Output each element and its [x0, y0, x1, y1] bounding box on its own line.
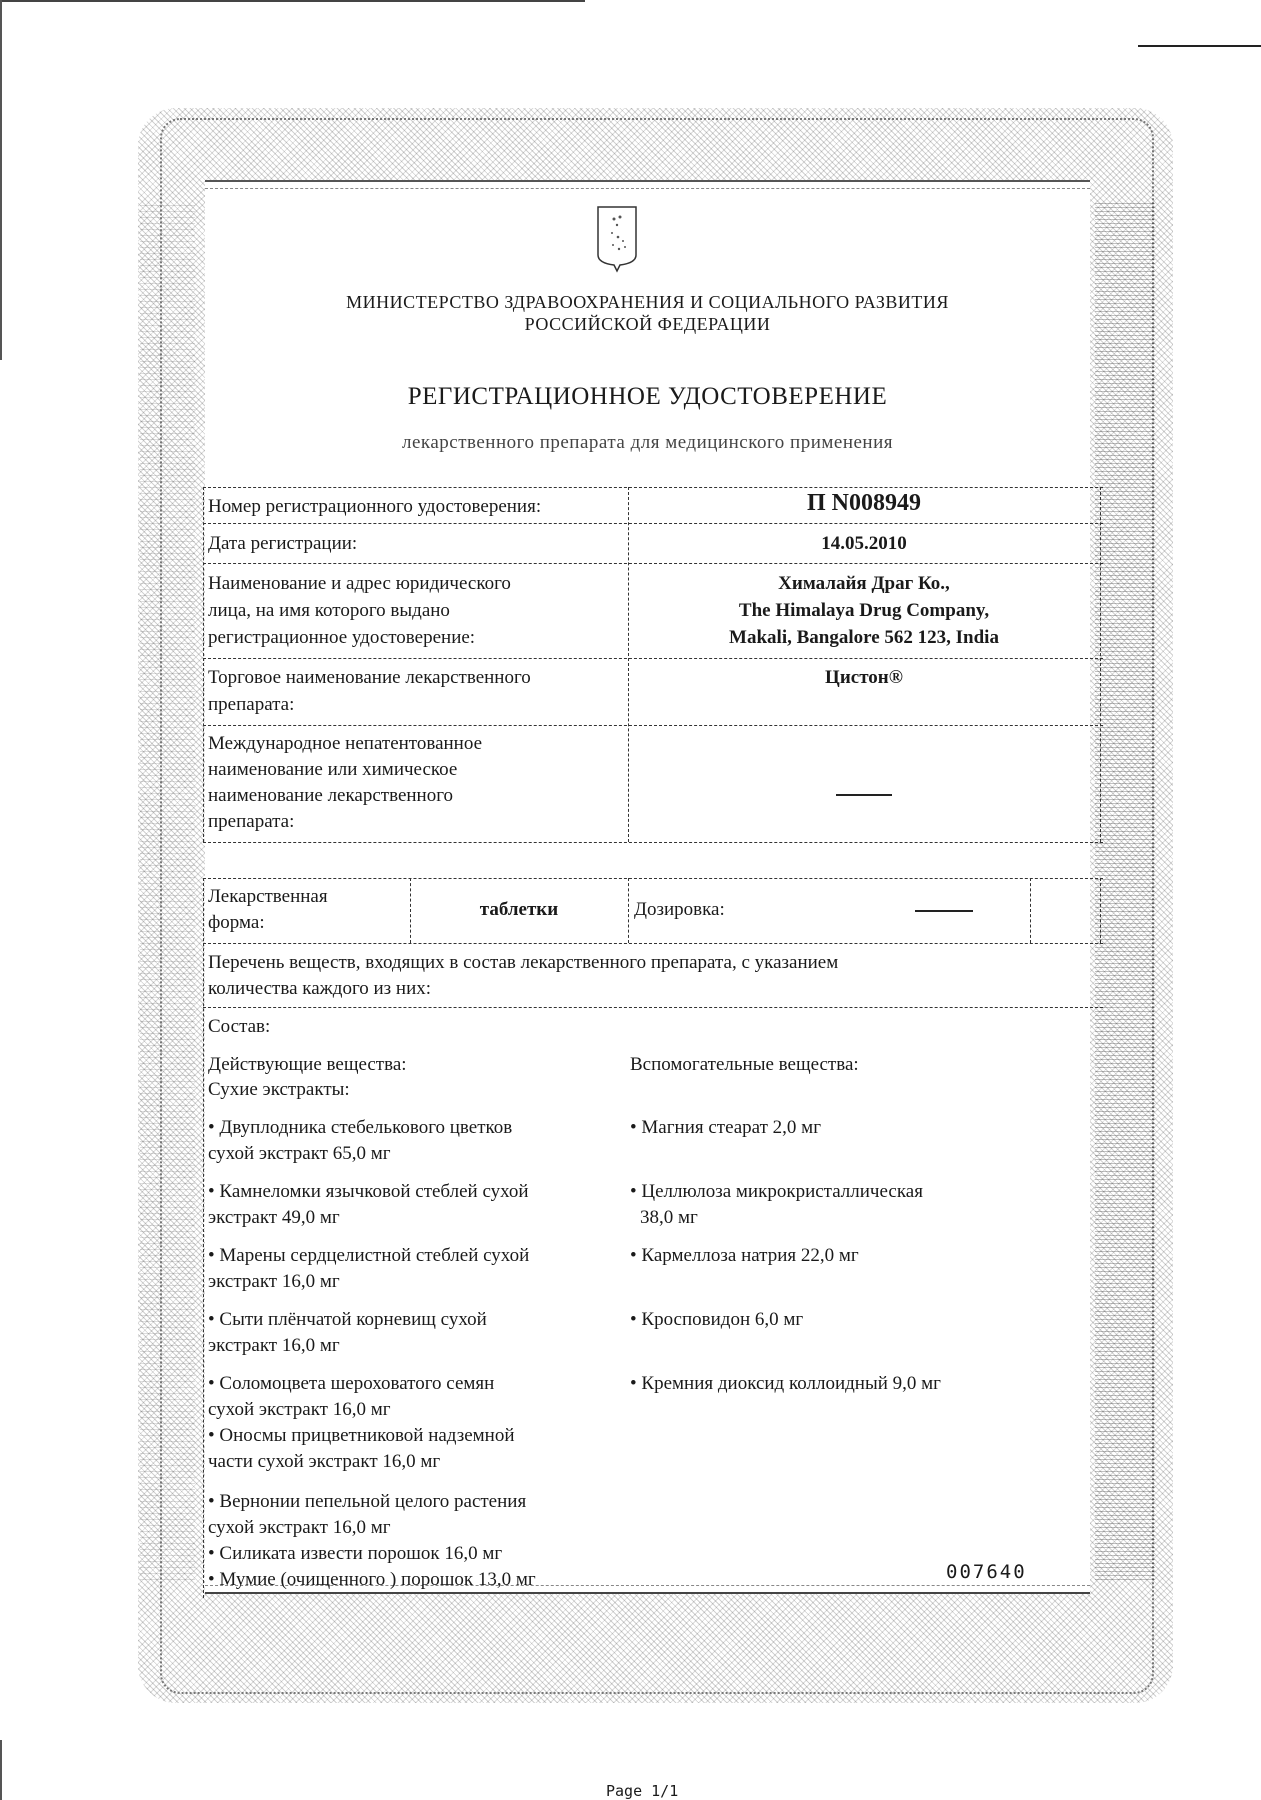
reg-date-label: Дата регистрации: [208, 531, 357, 557]
serial-number: 007640 [946, 1561, 1027, 1583]
active-item-cont: экстракт 16,0 мг [208, 1333, 340, 1359]
dry-extracts-subheader: Сухие экстракты: [208, 1077, 350, 1103]
active-item: • Камнеломки язычковой стеблей сухой [208, 1179, 529, 1205]
ornamental-border-left [140, 200, 195, 1580]
active-substances-header: Действующие вещества: [208, 1052, 407, 1078]
dosage-form-label-line1: Лекарственная [208, 884, 328, 910]
excipient-item: • Целлюлоза микрокристаллическая [630, 1179, 923, 1205]
excipient-item-cont: 38,0 мг [640, 1205, 698, 1231]
inn-label-line3: наименование лекарственного [208, 783, 453, 809]
dosage-label: Дозировка: [634, 897, 725, 923]
active-item: • Силиката извести порошок 16,0 мг [208, 1541, 502, 1567]
active-item-cont: экстракт 16,0 мг [208, 1269, 340, 1295]
scan-artifact-left-edge [0, 0, 2, 360]
dosage-value [915, 897, 973, 923]
composition-intro-line2: количества каждого из них: [208, 976, 431, 1002]
table-row-divider [203, 563, 1103, 564]
reg-number-label: Номер регистрационного удостоверения: [208, 494, 541, 520]
active-item: • Мумие (очищенного ) порошок 13,0 мг [208, 1567, 536, 1593]
excipient-item: • Магния стеарат 2,0 мг [630, 1115, 821, 1141]
excipients-header: Вспомогательные вещества: [630, 1052, 859, 1078]
active-item-cont: сухой экстракт 16,0 мг [208, 1397, 391, 1423]
scan-artifact-left-edge-bottom [0, 1740, 2, 1800]
composition-section-label: Состав: [208, 1014, 270, 1040]
table-border-left [203, 487, 204, 842]
scan-artifact-right-rule [1138, 45, 1261, 47]
ornamental-border-right [1095, 200, 1155, 1580]
empty-value-dash [915, 910, 973, 912]
active-item-cont: части сухой экстракт 16,0 мг [208, 1449, 440, 1475]
table-border-right [1100, 487, 1101, 842]
inn-label-line1: Международное непатентованное [208, 731, 482, 757]
active-item-cont: экстракт 49,0 мг [208, 1205, 340, 1231]
coat-of-arms-icon [596, 205, 638, 273]
composition-divider [203, 1007, 1103, 1008]
holder-value-line1: Хималайя Драг Ко., [628, 571, 1100, 597]
active-item: • Марены сердцелистной стеблей сухой [208, 1243, 529, 1269]
active-item: • Двуплодника стебелькового цветков [208, 1115, 512, 1141]
form-row-border-bottom [203, 943, 1103, 944]
form-row-divider [628, 878, 629, 943]
trade-name-label-line2: препарата: [208, 692, 294, 718]
form-row-divider [1030, 878, 1031, 943]
reg-date-value: 14.05.2010 [628, 531, 1100, 557]
active-item: • Оносмы прицветниковой надземной [208, 1423, 515, 1449]
holder-value-line3: Makali, Bangalore 562 123, India [628, 625, 1100, 651]
empty-value-dash [836, 794, 892, 796]
trade-name-value: Цистон® [628, 665, 1100, 691]
table-row-divider [203, 523, 1103, 524]
composition-border-left [203, 878, 204, 1598]
active-item-cont: сухой экстракт 16,0 мг [208, 1515, 391, 1541]
inn-value [628, 781, 1100, 807]
document-subtitle: лекарственного препарата для медицинског… [205, 432, 1090, 454]
trade-name-label-line1: Торговое наименование лекарственного [208, 665, 531, 691]
composition-intro-line1: Перечень веществ, входящих в состав лека… [208, 950, 838, 976]
table-row-divider [203, 658, 1103, 659]
holder-label-line1: Наименование и адрес юридического [208, 571, 511, 597]
active-item: • Соломоцвета шероховатого семян [208, 1371, 494, 1397]
holder-value-line2: The Himalaya Drug Company, [628, 598, 1100, 624]
page-indicator: Page 1/1 [606, 1782, 678, 1800]
table-border-top [203, 487, 1103, 488]
form-row-border-top [203, 878, 1103, 879]
table-border-bottom [203, 842, 1103, 843]
inn-label-line2: наименование или химическое [208, 757, 457, 783]
excipient-item: • Кросповидон 6,0 мг [630, 1307, 803, 1333]
excipient-item: • Кармеллоза натрия 22,0 мг [630, 1243, 859, 1269]
form-row-border-right [1100, 878, 1101, 943]
reg-number-value: П N008949 [628, 490, 1100, 516]
holder-label-line2: лица, на имя которого выдано [208, 598, 450, 624]
document-title: РЕГИСТРАЦИОННОЕ УДОСТОВЕРЕНИЕ [205, 383, 1090, 411]
ministry-country: РОССИЙСКОЙ ФЕДЕРАЦИИ [205, 314, 1090, 335]
excipient-item: • Кремния диоксид коллоидный 9,0 мг [630, 1371, 941, 1397]
active-item: • Вернонии пепельной целого растения [208, 1489, 526, 1515]
holder-label-line3: регистрационное удостоверение: [208, 625, 475, 651]
inn-label-line4: препарата: [208, 809, 294, 835]
active-item: • Сыти плёнчатой корневищ сухой [208, 1307, 487, 1333]
scan-artifact-top-rule [0, 0, 585, 2]
ministry-name: МИНИСТЕРСТВО ЗДРАВООХРАНЕНИЯ И СОЦИАЛЬНО… [205, 292, 1090, 313]
dosage-form-label-line2: форма: [208, 910, 265, 936]
table-row-divider [203, 725, 1103, 726]
active-item-cont: сухой экстракт 65,0 мг [208, 1141, 391, 1167]
dosage-form-value: таблетки [410, 897, 628, 923]
